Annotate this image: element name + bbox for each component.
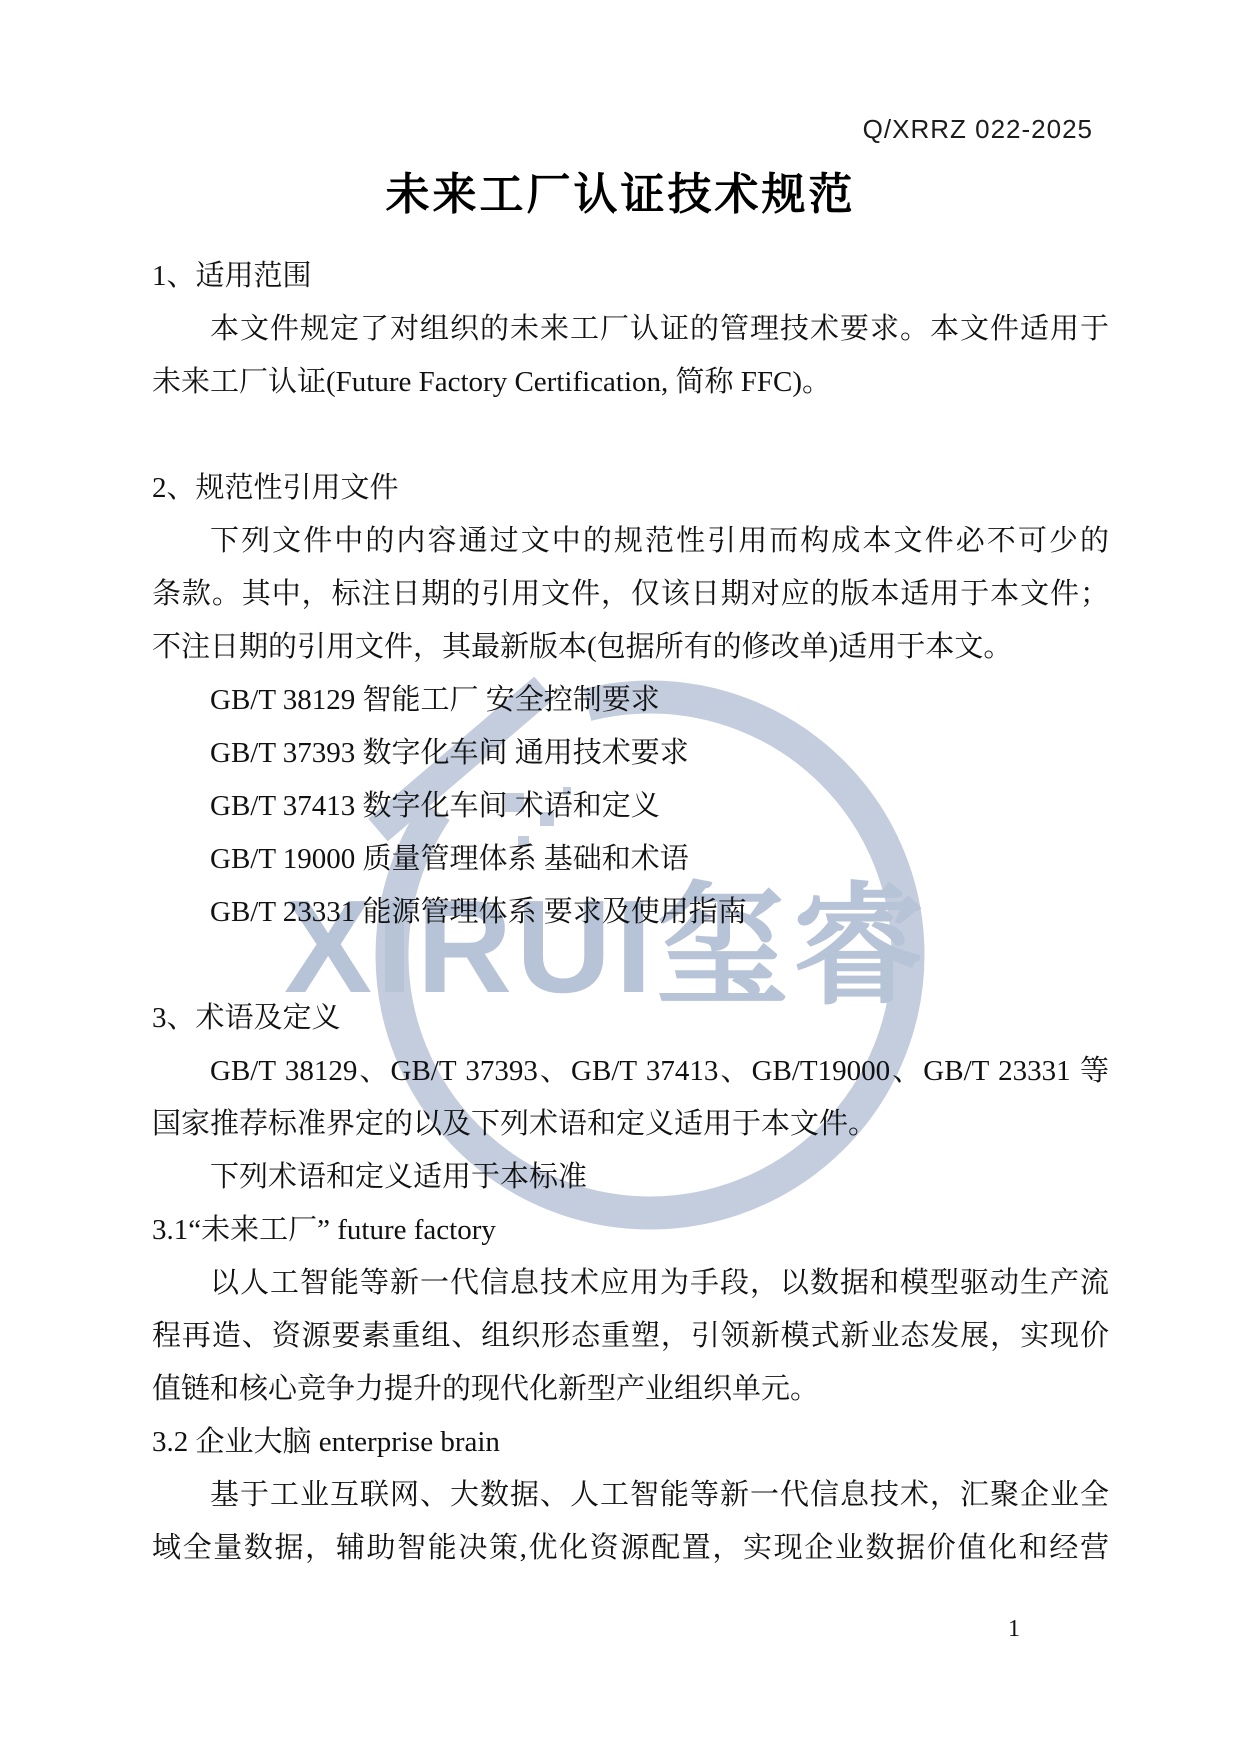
reference-item: GB/T 37393 数字化车间 通用技术要求 — [152, 727, 1109, 780]
body-line: 基于工业互联网、大数据、人工智能等新一代信息技术，汇聚企业全 — [152, 1469, 1109, 1522]
document-body: 1、适用范围 本文件规定了对组织的未来工厂认证的管理技术要求。本文件适用于 未来… — [152, 250, 1109, 1575]
body-line: 本文件规定了对组织的未来工厂认证的管理技术要求。本文件适用于 — [152, 303, 1109, 356]
doc-number: Q/XRRZ 022-2025 — [863, 114, 1093, 145]
body-line: 以人工智能等新一代信息技术应用为手段，以数据和模型驱动生产流 — [152, 1257, 1109, 1310]
section-2-heading: 2、规范性引用文件 — [152, 462, 1109, 515]
document-page: XIRUI玺睿 Q/XRRZ 022-2025 未来工厂认证技术规范 1、适用范… — [0, 0, 1241, 1754]
body-line: 未来工厂认证(Future Factory Certification, 简称 … — [152, 356, 1109, 409]
body-line: 下列文件中的内容通过文中的规范性引用而构成本文件必不可少的 — [152, 515, 1109, 568]
body-line: 条款。其中，标注日期的引用文件，仅该日期对应的版本适用于本文件； — [152, 568, 1109, 621]
body-line: 国家推荐标准界定的以及下列术语和定义适用于本文件。 — [152, 1098, 1109, 1151]
body-line: 程再造、资源要素重组、组织形态重塑，引领新模式新业态发展，实现价 — [152, 1310, 1109, 1363]
section-1-heading: 1、适用范围 — [152, 250, 1109, 303]
reference-item: GB/T 37413 数字化车间 术语和定义 — [152, 780, 1109, 833]
section-3-heading: 3、术语及定义 — [152, 992, 1109, 1045]
body-line: 不注日期的引用文件，其最新版本(包据所有的修改单)适用于本文。 — [152, 621, 1109, 674]
page-number: 1 — [1008, 1616, 1020, 1643]
body-line: 值链和核心竞争力提升的现代化新型产业组织单元。 — [152, 1363, 1109, 1416]
blank-line — [152, 409, 1109, 462]
blank-line — [152, 939, 1109, 992]
body-line: 下列术语和定义适用于本标准 — [152, 1151, 1109, 1204]
reference-item: GB/T 38129 智能工厂 安全控制要求 — [152, 674, 1109, 727]
body-line: 域全量数据，辅助智能决策,优化资源配置，实现企业数据价值化和经营 — [152, 1522, 1109, 1575]
reference-item: GB/T 23331 能源管理体系 要求及使用指南 — [152, 886, 1109, 939]
term-3-2-heading: 3.2 企业大脑 enterprise brain — [152, 1416, 1109, 1469]
body-line: GB/T 38129、GB/T 37393、GB/T 37413、GB/T190… — [152, 1045, 1109, 1098]
reference-item: GB/T 19000 质量管理体系 基础和术语 — [152, 833, 1109, 886]
term-3-1-heading: 3.1“未来工厂” future factory — [152, 1204, 1109, 1257]
page-title: 未来工厂认证技术规范 — [0, 158, 1241, 222]
document-content: Q/XRRZ 022-2025 未来工厂认证技术规范 1、适用范围 本文件规定了… — [0, 0, 1241, 1754]
